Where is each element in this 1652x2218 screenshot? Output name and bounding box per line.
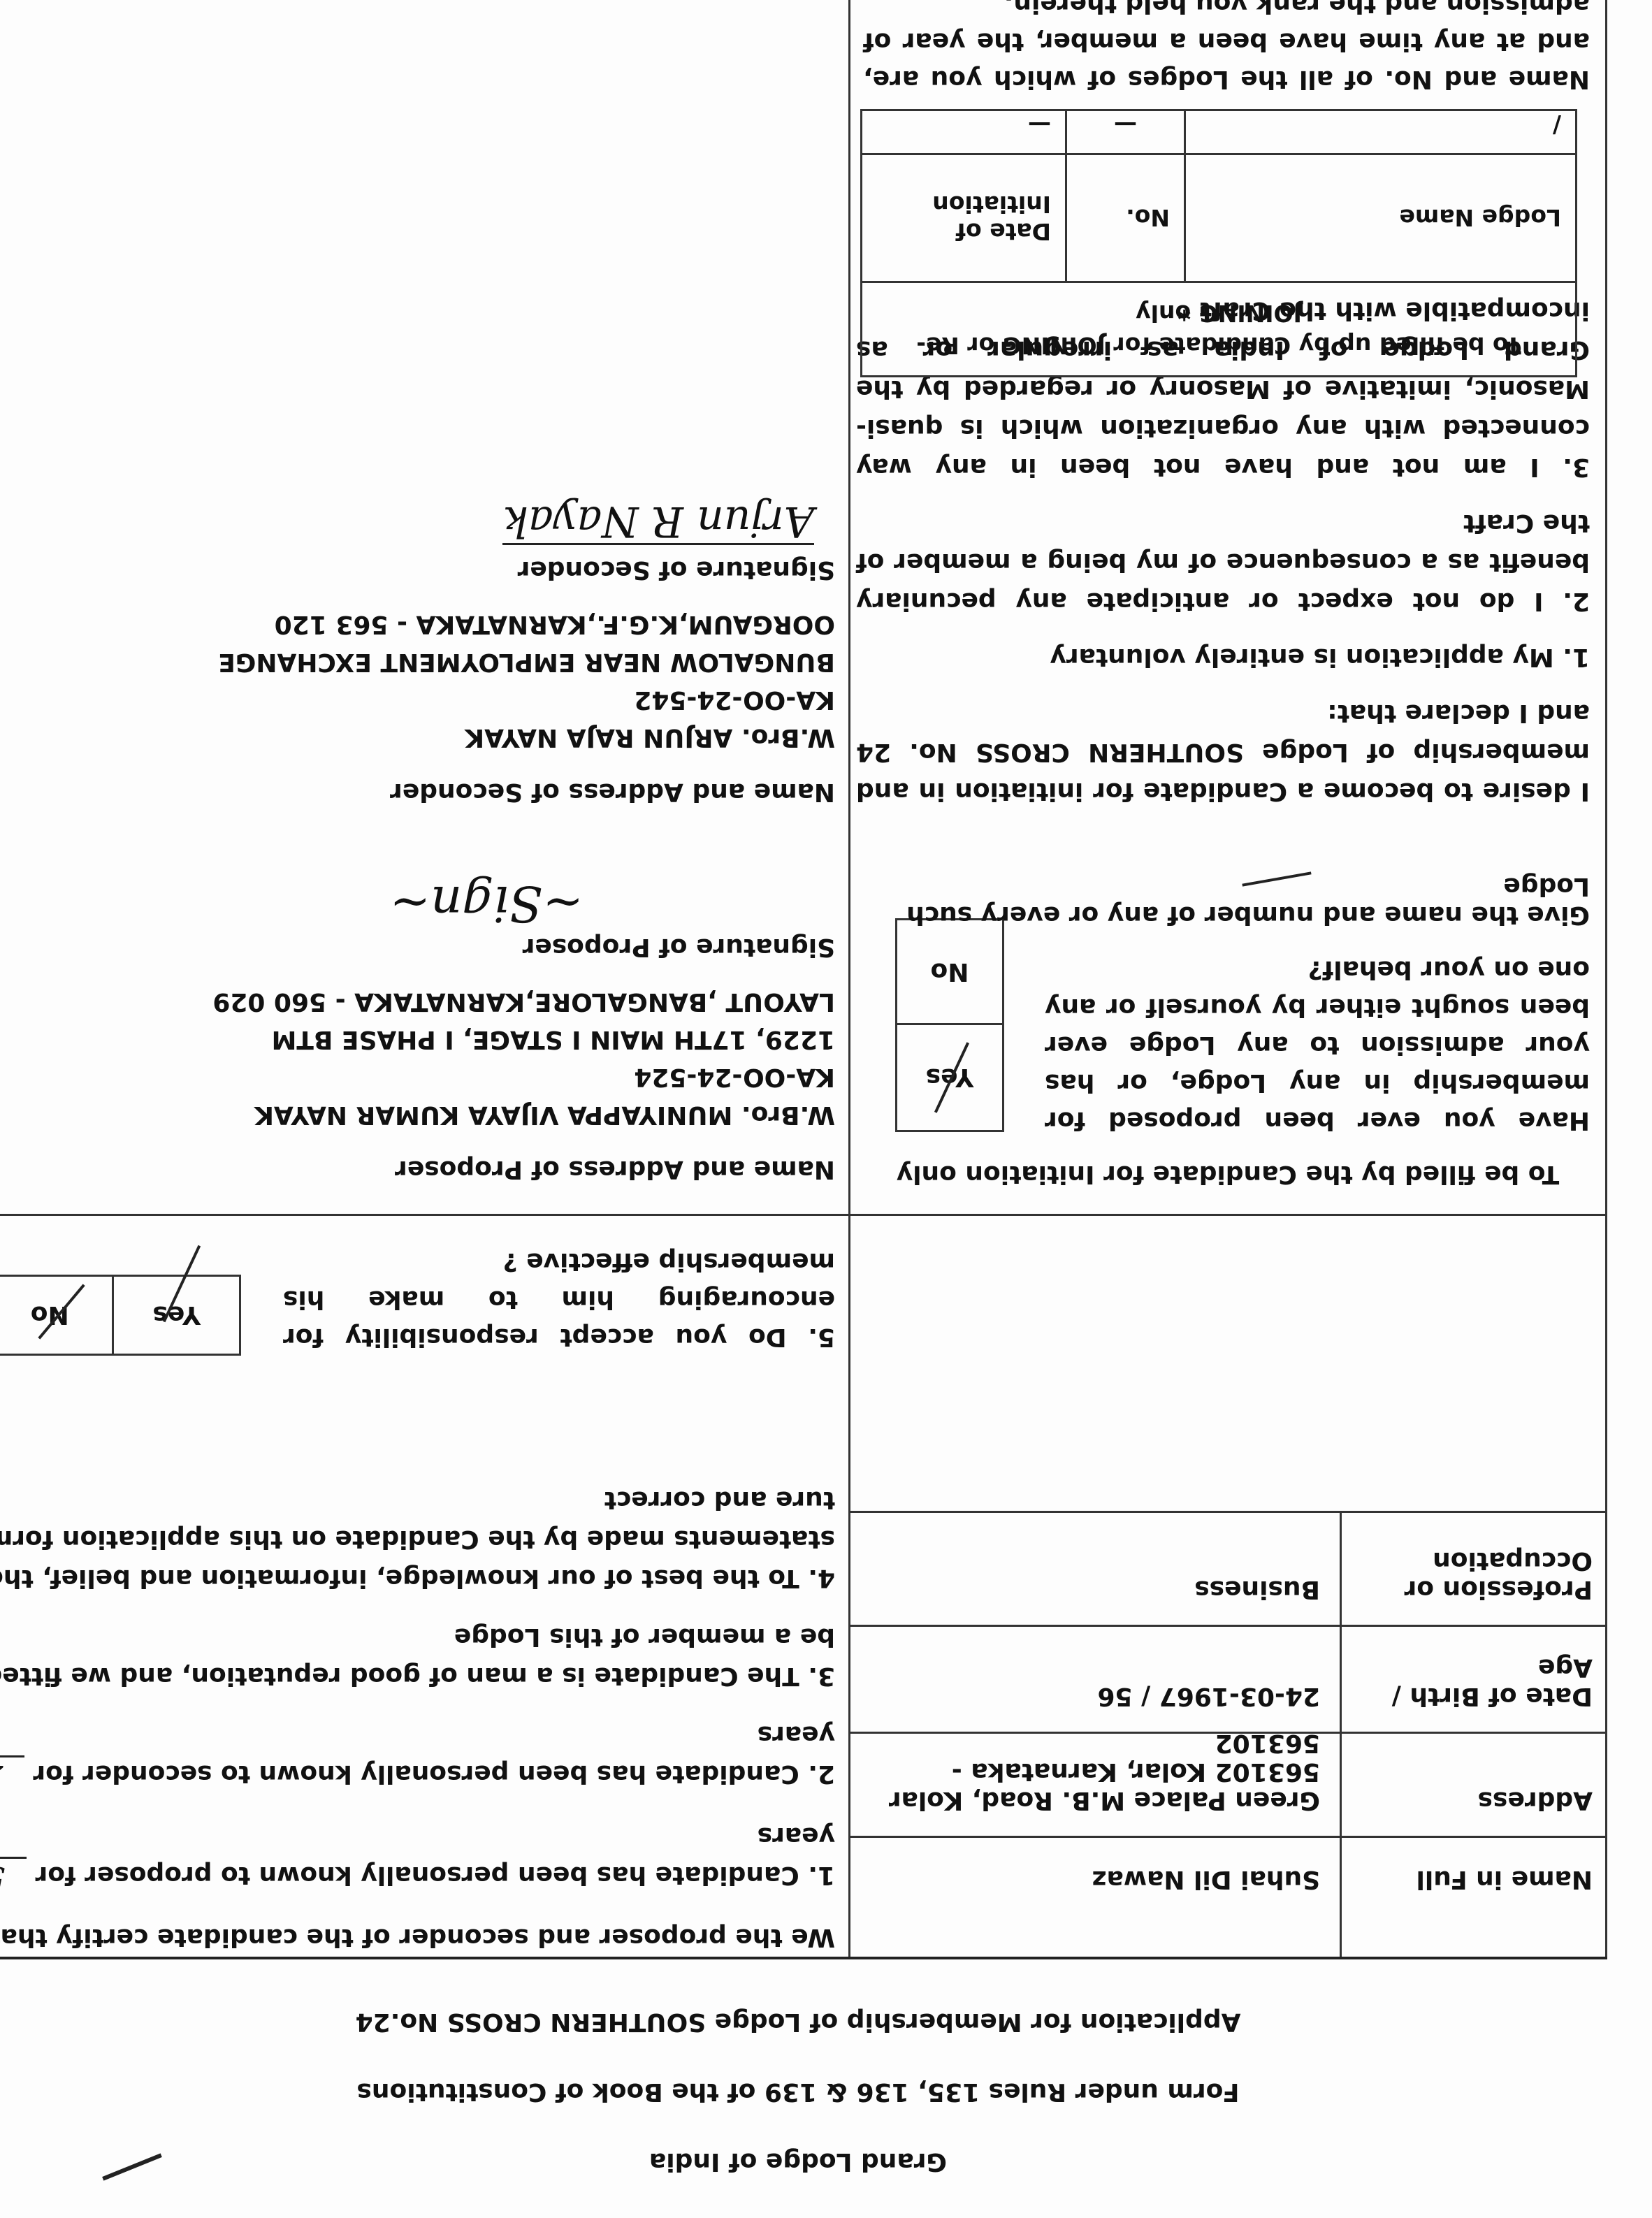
certification-intro: We the proposer and seconder of the cand… [0,1918,835,1957]
declaration-intro: I desire to become a Candidate for initi… [856,693,1590,811]
cell-date[interactable]: — [862,111,1065,153]
section-divider [0,1214,850,1216]
field-value-dob-age[interactable]: 24-03-1967 / 56 [850,1627,1340,1732]
responsibility-question-text: 5. Do you accept responsibility for enco… [283,1242,835,1356]
years-known-proposer[interactable]: 5 [0,1857,27,1898]
field-value-profession[interactable]: Business [850,1513,1340,1625]
field-dob-age: Date of Birth / Age 24-03-1967 / 56 [850,1625,1605,1732]
seconder-reg-no: KA-OO-24-542 [0,681,835,718]
seconder-block: Name and Address of Seconder W.Bro. ARJU… [0,551,835,811]
sponsors-column: We the proposer and seconder of the cand… [0,0,850,1957]
field-label: Date of Birth / Age [1340,1627,1605,1732]
field-label: Address [1340,1734,1605,1836]
option-yes[interactable]: Yes [897,1025,1002,1130]
col-date-initiation: Date of Initiation [862,155,1065,281]
option-yes-label: Yes [152,1301,201,1330]
option-yes[interactable]: Yes [115,1277,240,1354]
cert-item-suffix: years [758,1822,835,1850]
form-title: Application for Membership of Lodge SOUT… [0,2008,1624,2036]
cert-item-2: 2. Candidate has been personally known t… [0,1715,835,1797]
proposer-block: Name and Address of Proposer W.Bro. MUNI… [0,928,835,1188]
give-lodge-name-prompt: Give the name and number of any or every… [850,872,1590,929]
prior-proposal-yes-no: Yes No [895,918,1004,1132]
proposer-name: W.Bro. MUNIYAPPA VIJAYA KUMAR NAYAK [0,1096,835,1133]
proposer-label: Name and Address of Proposer [0,1150,835,1188]
joining-table: To be filled up by Candidate for JOINING… [860,109,1577,377]
option-no-label: No [931,957,969,986]
proposer-signature[interactable]: ~Sign~ [389,885,584,922]
candidate-info-grid: Name in Full Suhai Dil Nawaz Address Gre… [850,1511,1605,1957]
cert-item-3: 3. The Candidate is a man of good reputa… [0,1617,835,1695]
cert-item-1: 1. Candidate has been personally known t… [0,1816,835,1898]
seconder-signature-label: Signature of Seconder [0,551,835,588]
cert-item-text: 2. Candidate has been personally known t… [33,1760,835,1788]
declaration-item: 1. My application is entirely voluntary [856,637,1590,676]
form-rules-subtitle: Form under Rules 135, 136 & 139 of the B… [0,2078,1624,2106]
seconder-address-line2: OORGAUM,K.G.F.,KARNATAKA - 563 120 [0,605,835,643]
lodges-membership-prompt: Name and No. of all the Lodges of which … [863,0,1590,98]
responsibility-question: 5. Do you accept responsibility for enco… [0,1242,835,1356]
prior-proposal-question: Have you ever been proposed for membersh… [1045,950,1590,1139]
years-known-seconder[interactable]: 2 [0,1755,24,1797]
cell-lodge-name[interactable]: / [1184,111,1575,153]
field-label: Profession or Occupation [1340,1513,1605,1625]
field-profession: Profession or Occupation Business [850,1511,1605,1625]
seconder-address-line1: BUNGALOW NEAR EMPLOYMENT EXCHANGE [0,643,835,681]
responsibility-yes-no: Yes No [0,1275,241,1356]
option-no[interactable]: No [897,920,1002,1025]
cert-item-4: 4. To the best of our knowledge, informa… [0,1480,835,1597]
cert-item-text: 1. Candidate has been personally known t… [35,1861,835,1890]
field-label: Name in Full [1340,1838,1605,1957]
proposer-address-line1: 1229, 17TH MAIN I STAGE, I PHASE BTM [0,1020,835,1058]
initiation-section-title: To be filled by the Candidate for Initia… [850,1160,1605,1189]
cert-item-suffix: years [758,1720,835,1749]
table-row: / — — [862,111,1575,155]
joining-section-title: To be filled up by Candidate for JOINING… [862,281,1575,375]
col-no: No. [1065,155,1184,281]
field-value-address[interactable]: Green Palace M.B. Road, Kolar 563102 Kol… [850,1734,1340,1836]
form-table: Name in Full Suhai Dil Nawaz Address Gre… [0,0,1607,1959]
org-title: Grand Lodge of India [0,2147,1624,2176]
joining-header-row: Lodge Name No. Date of Initiation [862,155,1575,281]
option-no[interactable]: No [0,1277,115,1354]
proposer-signature-label: Signature of Proposer [0,928,835,966]
proposer-reg-no: KA-OO-24-524 [0,1058,835,1096]
seconder-label: Name and Address of Seconder [0,773,835,811]
field-value-name[interactable]: Suhai Dil Nawaz [850,1838,1340,1957]
declaration-item: 2. I do not expect or anticipate any pec… [856,503,1590,621]
field-name: Name in Full Suhai Dil Nawaz [850,1836,1605,1957]
cell-no[interactable]: — [1065,111,1184,153]
seconder-signature[interactable]: Arjun R Nayak [502,502,814,545]
certification-block: We the proposer and seconder of the cand… [0,1460,835,1957]
seconder-name: W.Bro. ARJUN RAJA NAYAK [0,718,835,756]
candidate-column: Name in Full Suhai Dil Nawaz Address Gre… [848,0,1607,1957]
application-form-page: Grand Lodge of India Form under Rules 13… [0,0,1652,2218]
proposer-address-line2: LAYOUT ,BANGALORE,KARNATAKA - 560 029 [0,983,835,1020]
col-lodge-name: Lodge Name [1184,155,1575,281]
field-address: Address Green Palace M.B. Road, Kolar 56… [850,1732,1605,1836]
